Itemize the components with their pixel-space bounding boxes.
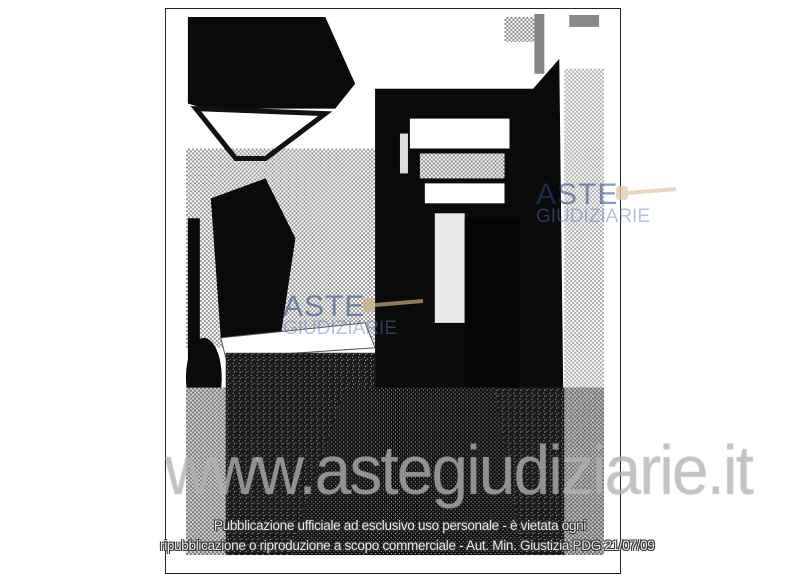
watermark-url: www.astegiudiziarie.it — [165, 430, 635, 510]
caption-line-2: ripubblicazione o riproduzione a scopo c… — [160, 538, 640, 553]
gavel-icon — [616, 184, 676, 202]
caption-line-1: Pubblicazione ufficiale ad esclusivo uso… — [160, 518, 640, 533]
